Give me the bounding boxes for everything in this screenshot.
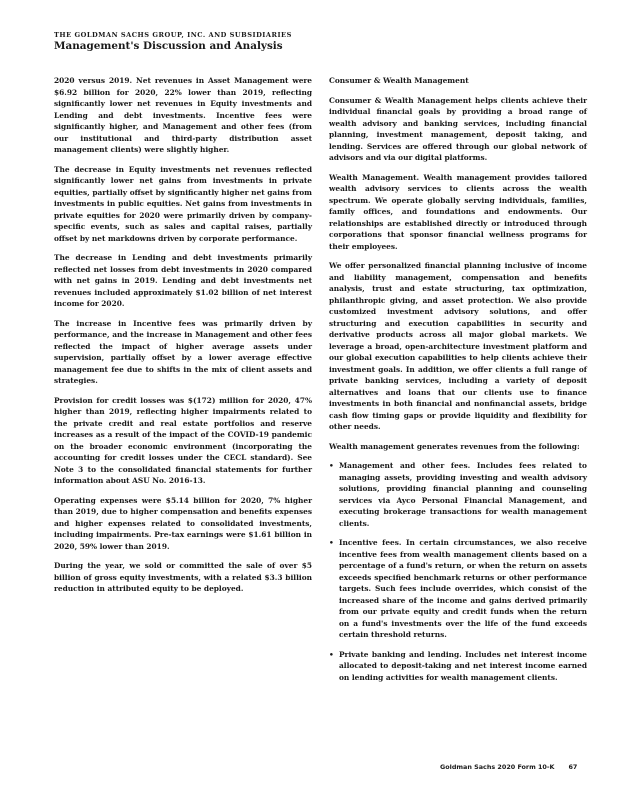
page-number: 67: [568, 763, 577, 771]
bullet-icon: •: [329, 460, 334, 472]
paragraph: Wealth management generates revenues fro…: [329, 441, 587, 453]
bullet-icon: •: [329, 537, 334, 549]
section-heading: Consumer & Wealth Management: [329, 75, 587, 87]
paragraph: 2020 versus 2019. Net revenues in Asset …: [54, 75, 312, 156]
paragraph: Provision for credit losses was $(172) m…: [54, 395, 312, 487]
run-in-heading: Wealth Management.: [329, 173, 419, 182]
list-item-text: Includes fees related to managing assets…: [339, 461, 587, 528]
left-column: 2020 versus 2019. Net revenues in Asset …: [54, 75, 312, 603]
running-header-title: Management's Discussion and Analysis: [54, 40, 283, 52]
paragraph: The increase in Incentive fees was prima…: [54, 318, 312, 387]
paragraph: We offer personalized financial planning…: [329, 260, 587, 433]
wealth-management-paragraph: Wealth Management. Wealth management pro…: [329, 172, 587, 253]
footer-publication: Goldman Sachs 2020 Form 10-K: [440, 763, 554, 771]
paragraph: The decrease in Lending and debt investm…: [54, 252, 312, 310]
page-footer: Goldman Sachs 2020 Form 10-K67: [440, 763, 577, 771]
revenue-sources-list: • Management and other fees. Includes fe…: [329, 460, 587, 683]
run-in-heading: Incentive fees.: [339, 538, 402, 547]
paragraph: During the year, we sold or committed th…: [54, 560, 312, 595]
list-item: • Incentive fees. In certain circumstanc…: [329, 537, 587, 641]
paragraph: The decrease in Equity investments net r…: [54, 164, 312, 245]
list-item: • Management and other fees. Includes fe…: [329, 460, 587, 529]
run-in-heading: Private banking and lending.: [339, 650, 462, 659]
bullet-icon: •: [329, 649, 334, 661]
running-header-company: The Goldman Sachs Group, Inc. and Subsid…: [54, 31, 292, 39]
list-item-text: In certain circumstances, we also receiv…: [339, 538, 587, 639]
paragraph: Operating expenses were $5.14 billion fo…: [54, 495, 312, 553]
run-in-heading: Management and other fees.: [339, 461, 470, 470]
right-column: Consumer & Wealth Management Consumer & …: [329, 75, 587, 691]
list-item: • Private banking and lending. Includes …: [329, 649, 587, 684]
section-intro: Consumer & Wealth Management helps clien…: [329, 95, 587, 164]
paragraph-text: Wealth management provides tailored weal…: [329, 173, 587, 251]
